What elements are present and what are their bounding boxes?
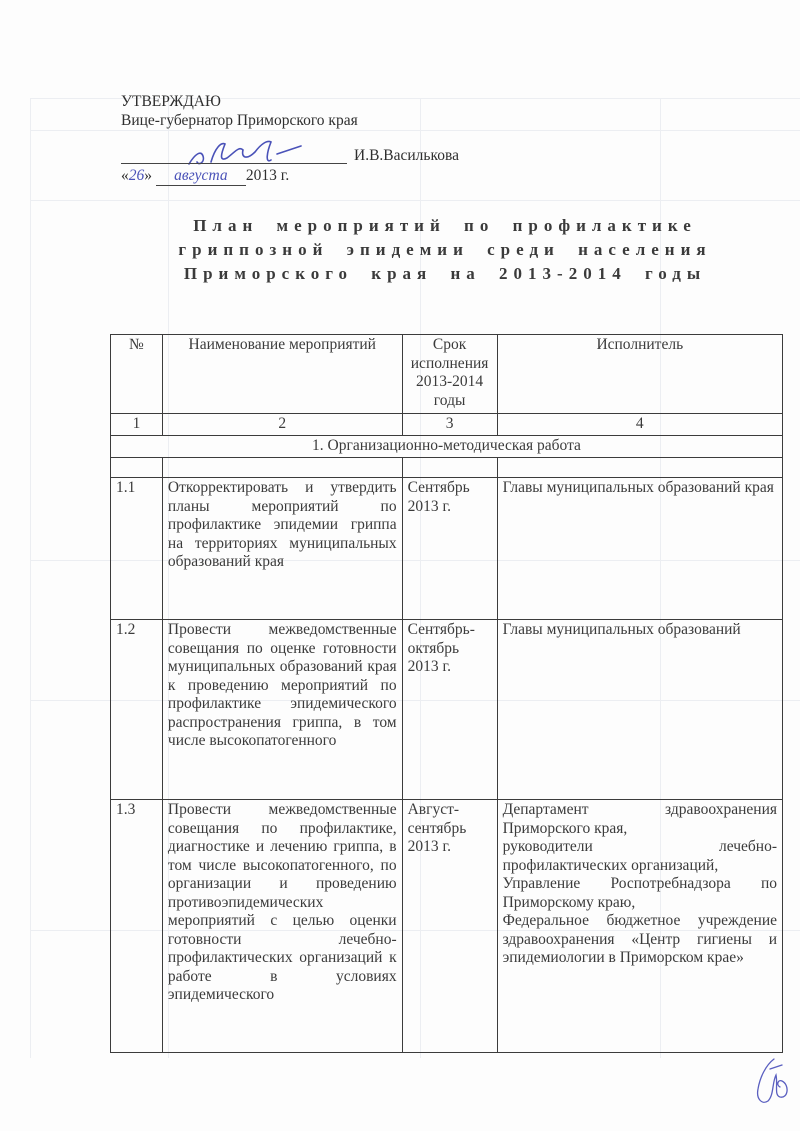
date-day: 26: [129, 167, 145, 184]
row-num: 1.2: [111, 620, 163, 800]
empty-row: [111, 458, 783, 478]
initials-mark-icon: [752, 1055, 792, 1110]
date-month-field: августа: [156, 166, 246, 186]
approval-stamp: УТВЕРЖДАЮ: [121, 92, 421, 111]
header-name: Наименование мероприятий: [162, 335, 402, 414]
table-header-row: № Наименование мероприятий Срок исполнен…: [111, 335, 783, 414]
row-name: Провести межведомственные совещания по п…: [162, 800, 402, 1053]
row-executor: Главы муниципальных образований края: [497, 478, 782, 620]
section-header-row: 1. Организационно-методическая работа: [111, 436, 783, 458]
row-term: Сентябрь 2013 г.: [402, 478, 497, 620]
signature-icon: [181, 136, 341, 170]
title-line-1: План мероприятий по профилактике: [160, 214, 730, 238]
row-num: 1.3: [111, 800, 163, 1053]
column-number-row: 1 2 3 4: [111, 414, 783, 436]
signer-name: И.В.Василькова: [354, 146, 459, 165]
row-term: Сентябрь-октябрь 2013 г.: [402, 620, 497, 800]
header-term: Срок исполнения 2013-2014 годы: [402, 335, 497, 414]
table-row: 1.3 Провести межведомственные совещания …: [111, 800, 783, 1053]
approval-block: УТВЕРЖДАЮ Вице-губернатор Приморского кр…: [121, 92, 421, 130]
date-year: 2013 г.: [246, 167, 289, 184]
header-executor: Исполнитель: [497, 335, 782, 414]
date-month: августа: [174, 167, 227, 184]
title-line-3: Приморского края на 2013-2014 годы: [160, 262, 730, 286]
approval-position: Вице-губернатор Приморского края: [121, 111, 421, 130]
document-title: План мероприятий по профилактике гриппоз…: [160, 214, 730, 286]
plan-table: № Наименование мероприятий Срок исполнен…: [110, 334, 783, 1053]
row-num: 1.1: [111, 478, 163, 620]
signature-line: [121, 163, 347, 164]
row-name: Откорректировать и утвердить планы мероп…: [162, 478, 402, 620]
row-name: Провести межведомственные совещания по о…: [162, 620, 402, 800]
approval-date: «26» августа2013 г.: [121, 166, 289, 186]
section-title: 1. Организационно-методическая работа: [111, 436, 783, 458]
title-line-2: гриппозной эпидемии среди населения: [160, 238, 730, 262]
row-term: Август-сентябрь 2013 г.: [402, 800, 497, 1053]
table-row: 1.2 Провести межведомственные совещания …: [111, 620, 783, 800]
table-row: 1.1 Откорректировать и утвердить планы м…: [111, 478, 783, 620]
row-executor: Департамент здравоохранения Приморского …: [497, 800, 782, 1053]
row-executor: Главы муниципальных образований: [497, 620, 782, 800]
header-num: №: [111, 335, 163, 414]
